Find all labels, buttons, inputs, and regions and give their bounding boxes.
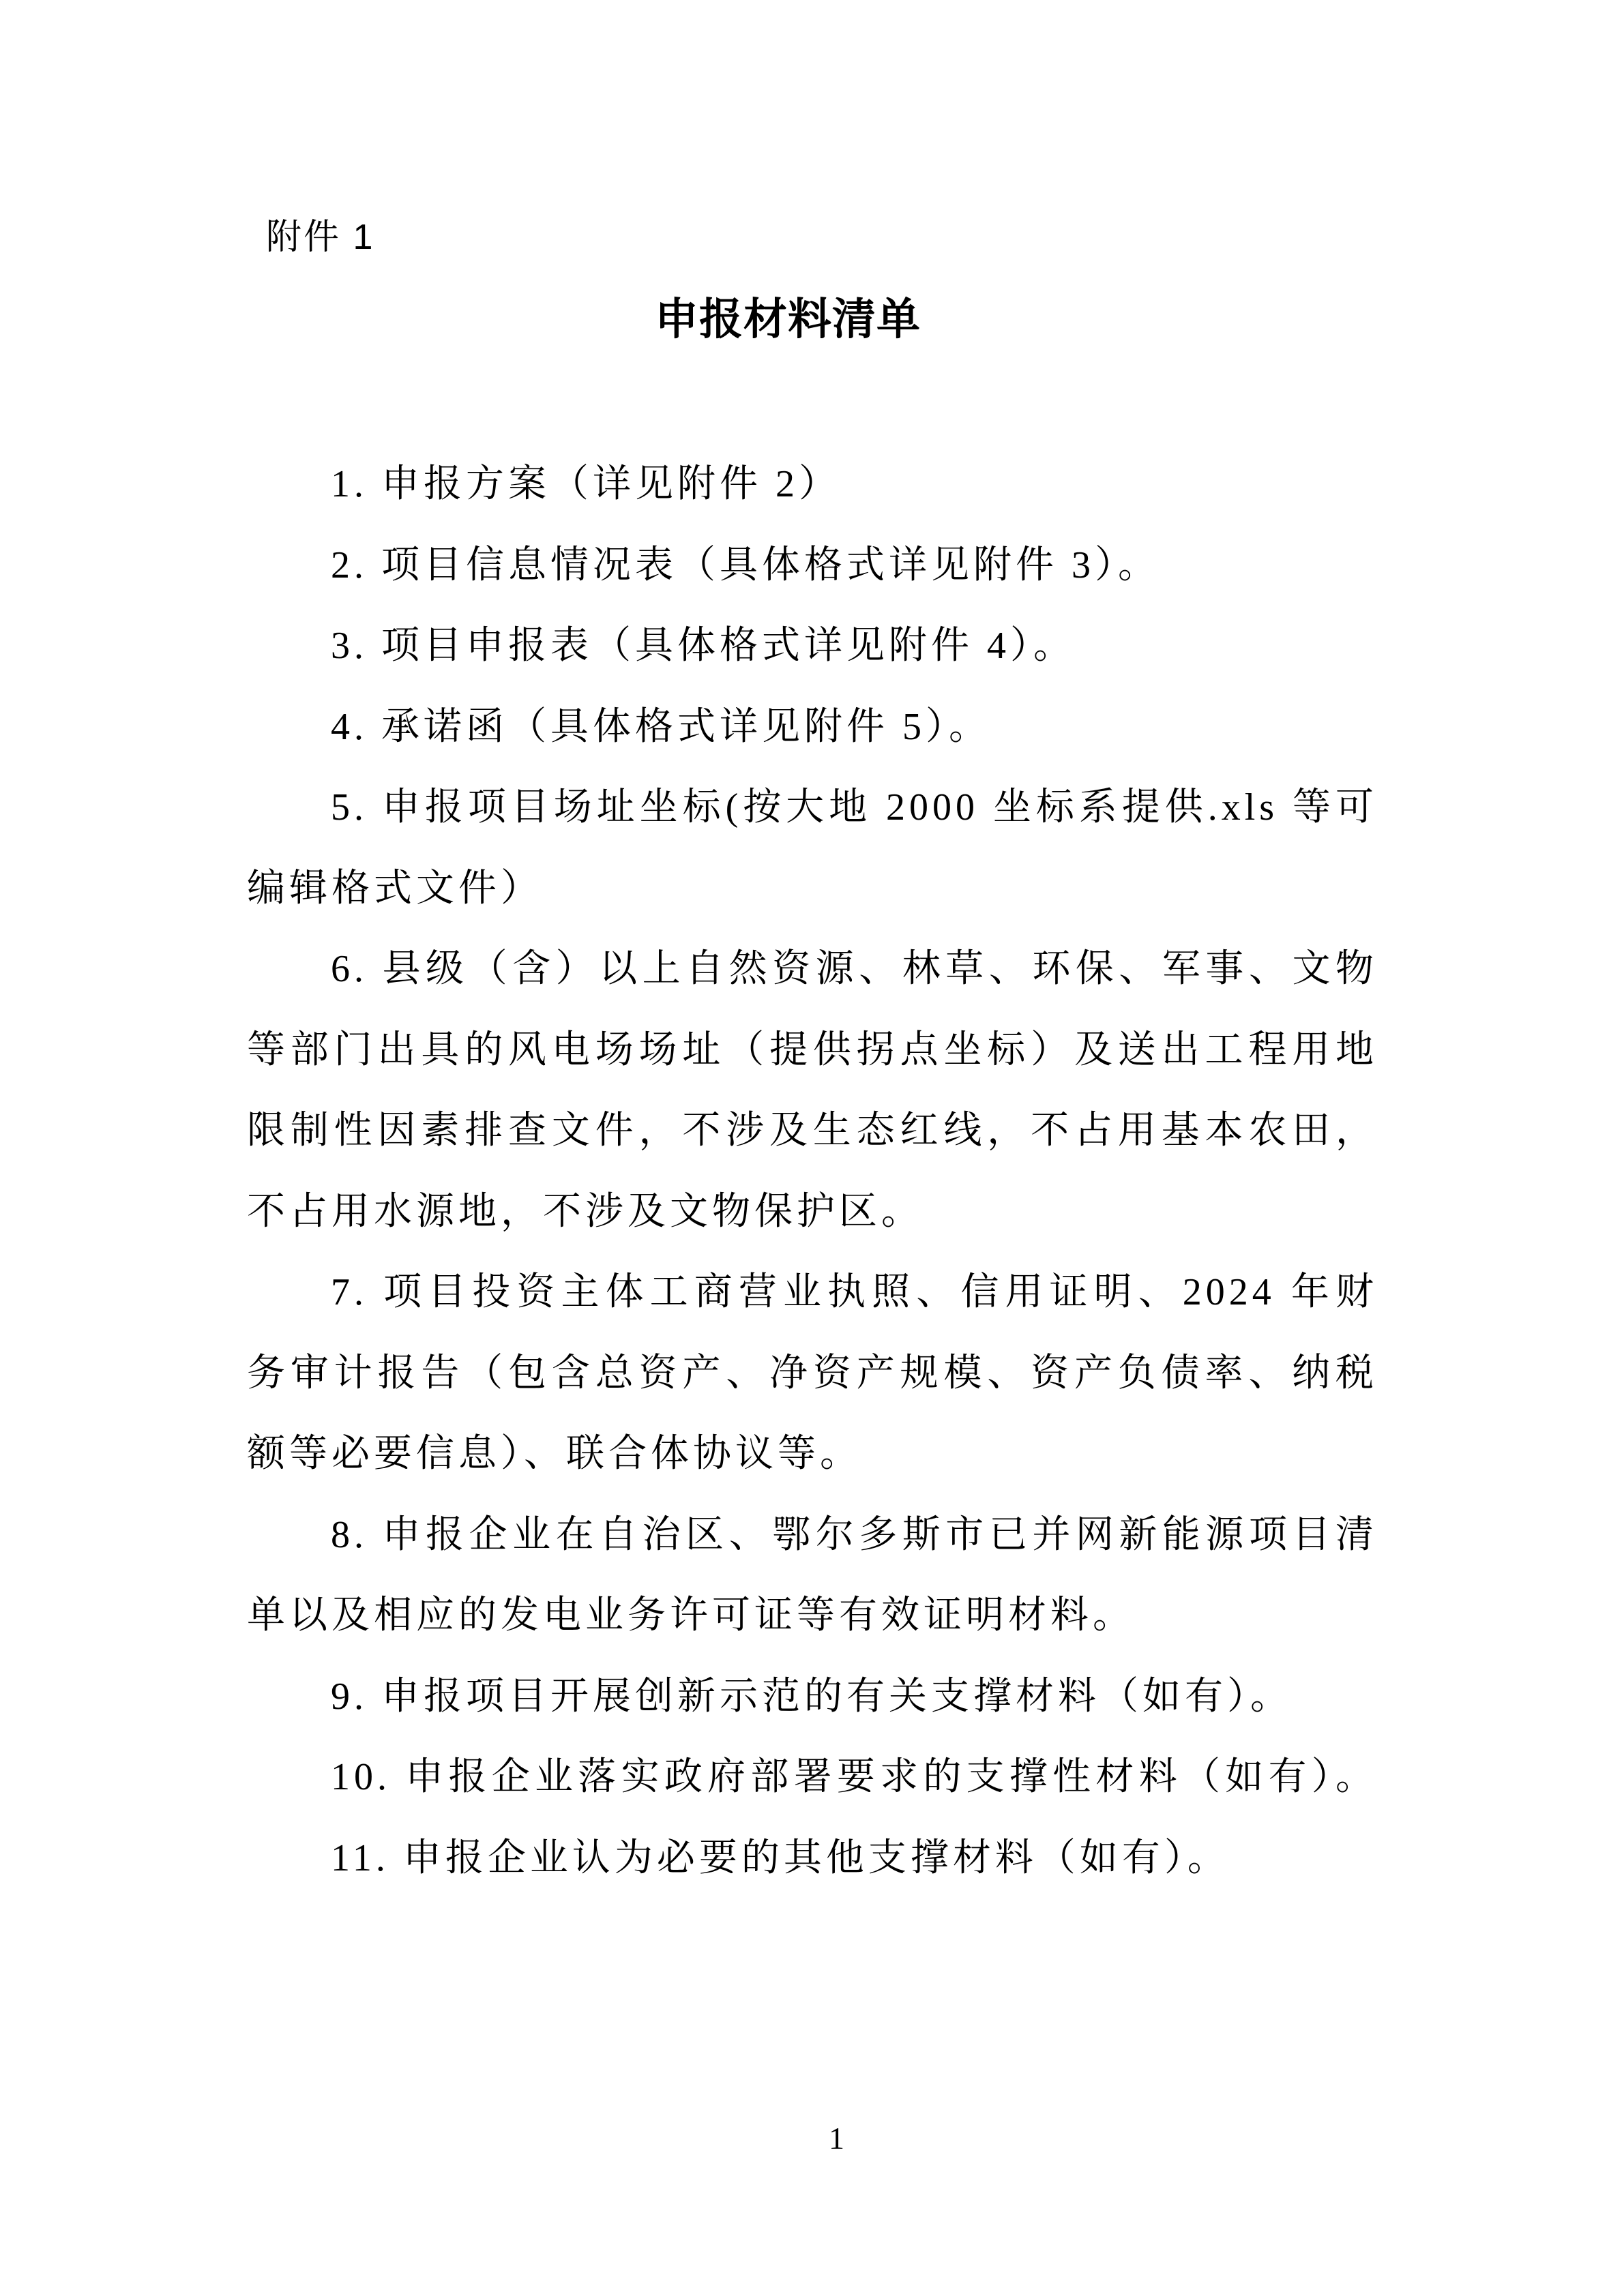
document-title: 申报材料清单 bbox=[222, 292, 1353, 346]
list-item-10-line-1: 10. 申报企业落实政府部署要求的支撑性材料（如有）。 bbox=[247, 1737, 1378, 1818]
list-item-5-line-1: 5. 申报项目场址坐标(按大地 2000 坐标系提供.xls 等可 bbox=[247, 767, 1378, 848]
list-item-1-line-1: 1. 申报方案（详见附件 2） bbox=[247, 444, 1378, 525]
list-item-4-line-1: 4. 承诺函（具体格式详见附件 5）。 bbox=[247, 687, 1378, 768]
list-item-8-line-1: 8. 申报企业在自治区、鄂尔多斯市已并网新能源项目清 bbox=[247, 1495, 1378, 1576]
list-item-7-line-3: 额等必要信息）、联合体协议等。 bbox=[247, 1414, 1378, 1495]
list-item-6-line-4: 不占用水源地，不涉及文物保护区。 bbox=[247, 1172, 1378, 1253]
list-item-9-line-1: 9. 申报项目开展创新示范的有关支撑材料（如有）。 bbox=[247, 1656, 1378, 1738]
page-number: 1 bbox=[25, 2119, 1624, 2157]
attachment-label: 附件 1 bbox=[266, 215, 374, 260]
list-item-6-line-3: 限制性因素排查文件，不涉及生态红线，不占用基本农田， bbox=[247, 1090, 1378, 1172]
list-item-6-line-1: 6. 县级（含）以上自然资源、林草、环保、军事、文物 bbox=[247, 929, 1378, 1010]
list-item-2-line-1: 2. 项目信息情况表（具体格式详见附件 3）。 bbox=[247, 525, 1378, 606]
materials-list: 1. 申报方案（详见附件 2）2. 项目信息情况表（具体格式详见附件 3）。3.… bbox=[247, 444, 1378, 1898]
list-item-11-line-1: 11. 申报企业认为必要的其他支撑材料（如有）。 bbox=[247, 1818, 1378, 1899]
list-item-3-line-1: 3. 项目申报表（具体格式详见附件 4）。 bbox=[247, 606, 1378, 687]
document-page: 附件 1 申报材料清单 1. 申报方案（详见附件 2）2. 项目信息情况表（具体… bbox=[0, 0, 1624, 2296]
list-item-8-line-2: 单以及相应的发电业务许可证等有效证明材料。 bbox=[247, 1575, 1378, 1656]
list-item-5-line-2: 编辑格式文件） bbox=[247, 848, 1378, 929]
list-item-7-line-2: 务审计报告（包含总资产、净资产规模、资产负债率、纳税 bbox=[247, 1333, 1378, 1414]
list-item-6-line-2: 等部门出具的风电场场址（提供拐点坐标）及送出工程用地 bbox=[247, 1010, 1378, 1091]
list-item-7-line-1: 7. 项目投资主体工商营业执照、信用证明、2024 年财 bbox=[247, 1252, 1378, 1333]
